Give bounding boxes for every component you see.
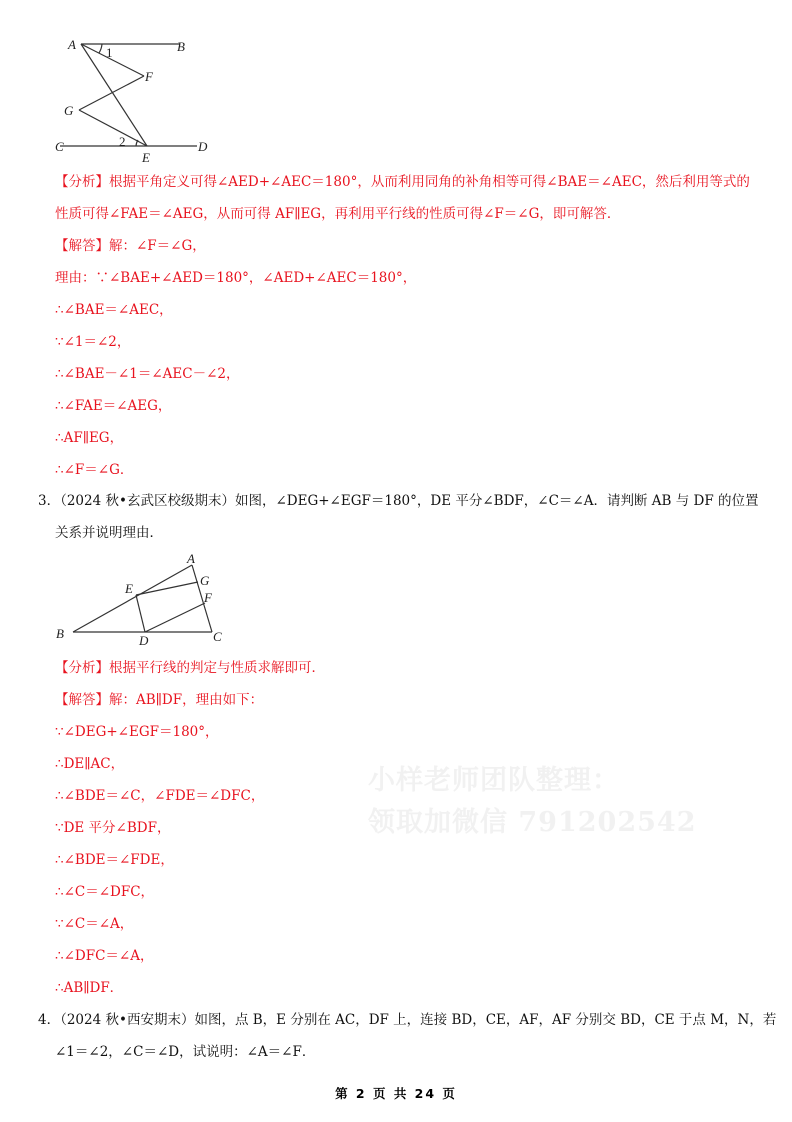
label-C: C bbox=[213, 629, 222, 644]
q2-analysis-line-1: 【分析】根据平角定义可得∠AED+∠AEC＝180°，从而利用同角的补角相等可得… bbox=[55, 172, 750, 192]
label-B: B bbox=[177, 39, 185, 54]
q3-solution-line-2: ∴DE∥AC， bbox=[55, 754, 124, 774]
q3-stem-line-2: 关系并说明理由． bbox=[55, 523, 163, 543]
label-G: G bbox=[200, 573, 210, 588]
label-angle-1: 1 bbox=[106, 45, 113, 60]
document-page: A B 1 F G C 2 E D 【分析】根据平角定义可得∠AED+∠AEC＝… bbox=[0, 0, 792, 1122]
q2-solution-line-0: 【解答】解：∠F＝∠G， bbox=[55, 236, 206, 256]
analysis-tag: 【分析】 bbox=[55, 174, 109, 190]
q3-solution-line-7: ∵∠C＝∠A， bbox=[55, 914, 133, 934]
question-number: 3． bbox=[38, 493, 60, 509]
q2-solution-line-7: ∴∠F＝∠G． bbox=[55, 460, 133, 480]
q2-solution-line-5: ∴∠FAE＝∠AEG， bbox=[55, 396, 171, 416]
question-source: （2024 秋•玄武区校级期末） bbox=[60, 493, 235, 509]
label-E: E bbox=[141, 150, 150, 165]
q3-solution-line-9: ∴AB∥DF． bbox=[55, 978, 123, 998]
q3-solution-line-8: ∴∠DFC＝∠A， bbox=[55, 946, 153, 966]
question-stem: 如图，∠DEG+∠EGF＝180°，DE 平分∠BDF，∠C＝∠A．请判断 AB… bbox=[235, 493, 759, 509]
q3-solution-line-6: ∴∠C＝∠DFC， bbox=[55, 882, 154, 902]
q3-solution-line-5: ∴∠BDE＝∠FDE， bbox=[55, 850, 174, 870]
analysis-text: 根据平角定义可得∠AED+∠AEC＝180°，从而利用同角的补角相等可得∠BAE… bbox=[109, 174, 750, 190]
figure-triangle-abc: A G E F B D C bbox=[50, 548, 230, 648]
label-B: B bbox=[56, 626, 64, 641]
q3-solution-line-1: ∵∠DEG+∠EGF＝180°， bbox=[55, 722, 219, 742]
label-D: D bbox=[138, 633, 149, 648]
geometry-diagram-2: A G E F B D C bbox=[50, 548, 230, 648]
label-D: D bbox=[197, 139, 208, 154]
q3-solution-line-0: 【解答】解：AB∥DF，理由如下： bbox=[55, 690, 263, 710]
q3-analysis-line: 【分析】根据平行线的判定与性质求解即可． bbox=[55, 658, 325, 678]
q2-solution-line-2: ∴∠BAE＝∠AEC， bbox=[55, 300, 173, 320]
label-A: A bbox=[186, 551, 195, 566]
question-source: （2024 秋•西安期末） bbox=[60, 1012, 194, 1028]
q2-solution-line-4: ∴∠BAE－∠1＝∠AEC－∠2， bbox=[55, 364, 239, 384]
q2-solution-line-3: ∵∠1＝∠2， bbox=[55, 332, 130, 352]
q4-stem-line-2: ∠1＝∠2，∠C＝∠D，试说明：∠A＝∠F． bbox=[55, 1042, 315, 1062]
solution-text: 解：∠F＝∠G， bbox=[109, 238, 206, 254]
page-footer: 第 2 页 共 24 页 bbox=[0, 1084, 792, 1102]
q3-stem-line-1: 3．（2024 秋•玄武区校级期末）如图，∠DEG+∠EGF＝180°，DE 平… bbox=[38, 491, 759, 511]
label-F: F bbox=[144, 69, 154, 84]
analysis-text: 根据平行线的判定与性质求解即可． bbox=[109, 660, 325, 676]
solution-tag: 【解答】 bbox=[55, 692, 109, 708]
figure-parallel-lines-abcd: A B 1 F G C 2 E D bbox=[50, 30, 220, 165]
q2-solution-line-6: ∴AF∥EG， bbox=[55, 428, 123, 448]
watermark-line-1: 小样老师团队整理： bbox=[368, 758, 620, 797]
label-A: A bbox=[67, 37, 76, 52]
watermark-line-2: 领取加微信 791202542 bbox=[368, 800, 696, 839]
label-G: G bbox=[64, 103, 74, 118]
label-E: E bbox=[124, 581, 133, 596]
label-angle-2: 2 bbox=[119, 134, 126, 149]
q2-analysis-line-2: 性质可得∠FAE＝∠AEG，从而可得 AF∥EG，再利用平行线的性质可得∠F＝∠… bbox=[55, 204, 620, 224]
label-C: C bbox=[55, 139, 64, 154]
label-F: F bbox=[203, 590, 213, 605]
analysis-tag: 【分析】 bbox=[55, 660, 109, 676]
geometry-diagram-1: A B 1 F G C 2 E D bbox=[50, 30, 220, 165]
q3-solution-line-4: ∵DE 平分∠BDF， bbox=[55, 818, 170, 838]
question-number: 4． bbox=[38, 1012, 60, 1028]
q4-stem-line-1: 4．（2024 秋•西安期末）如图，点 B，E 分别在 AC，DF 上，连接 B… bbox=[38, 1010, 776, 1030]
question-stem: 如图，点 B，E 分别在 AC，DF 上，连接 BD，CE，AF，AF 分别交 … bbox=[194, 1012, 776, 1028]
solution-text: 解：AB∥DF，理由如下： bbox=[109, 692, 263, 708]
q2-solution-line-1: 理由：∵∠BAE+∠AED＝180°，∠AED+∠AEC＝180°， bbox=[55, 268, 416, 288]
q3-solution-line-3: ∴∠BDE＝∠C，∠FDE＝∠DFC， bbox=[55, 786, 264, 806]
solution-tag: 【解答】 bbox=[55, 238, 109, 254]
